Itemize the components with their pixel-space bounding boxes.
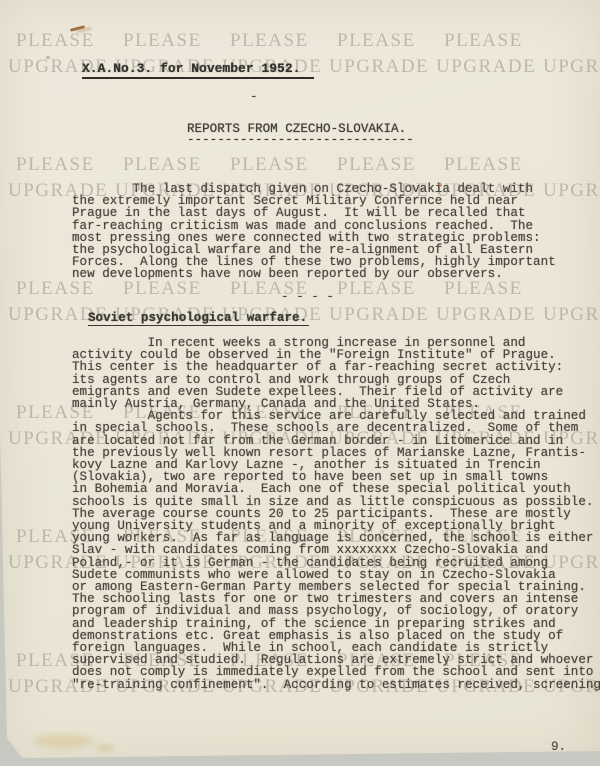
document-page: PLEASEPLEASEPLEASEPLEASEPLEASEUPGRADEUPG… <box>0 0 600 766</box>
scanned-document: PLEASEPLEASEPLEASEPLEASEPLEASEUPGRADEUPG… <box>0 0 600 766</box>
issue-header: X.A.No.3. for November 1952. <box>82 63 314 79</box>
typewritten-content: X.A.No.3. for November 1952. - REPORTS F… <box>0 0 600 766</box>
page-number: 9. <box>551 741 566 753</box>
section-separator: - - - - <box>281 291 334 303</box>
header-separator-dash: - <box>250 91 258 103</box>
section-heading: Soviet psychological warfare. <box>88 312 309 326</box>
title-underline-dashes: ------------------------------ <box>187 134 414 146</box>
intro-paragraph: The last dispatch given on Czecho-Slovak… <box>72 183 556 281</box>
body-paragraphs: In recent weeks a strong increase in per… <box>72 337 600 691</box>
